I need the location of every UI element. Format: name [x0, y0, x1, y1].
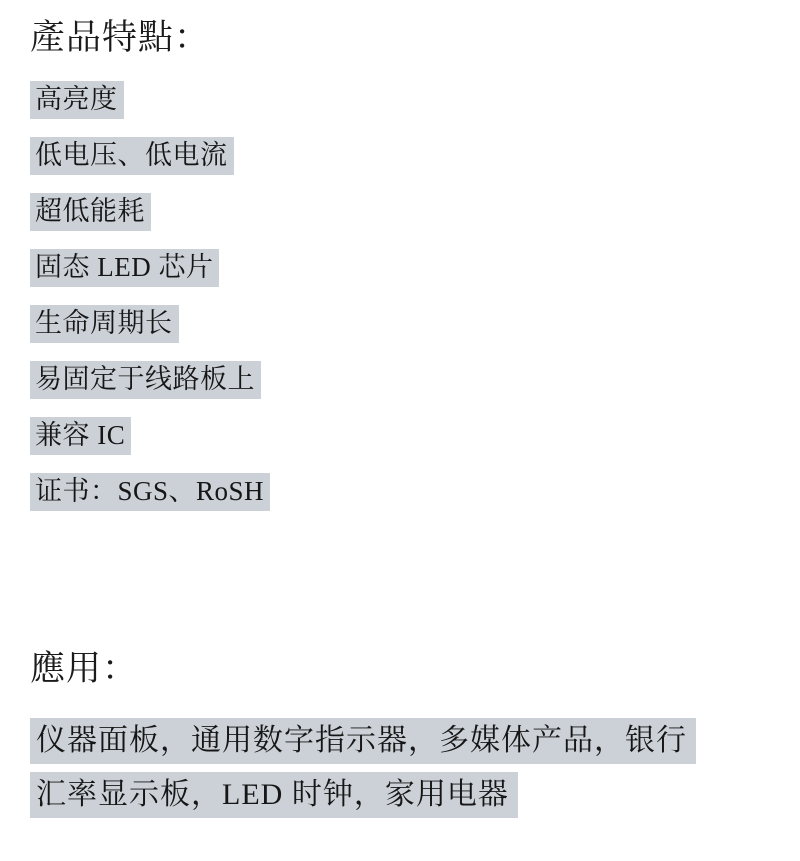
feature-item-highlight: 证书：SGS、RoSH: [30, 473, 270, 511]
feature-item-row: 证书：SGS、RoSH: [30, 473, 790, 511]
document-page: 產品特點： 高亮度 低电压、低电流 超低能耗 固态 LED 芯片 生命周期长 易…: [0, 0, 800, 861]
features-heading: 產品特點：: [30, 16, 790, 60]
feature-item-highlight: 生命周期长: [30, 305, 179, 343]
feature-item-row: 易固定于线路板上: [30, 361, 790, 399]
feature-item-row: 固态 LED 芯片: [30, 249, 790, 287]
feature-item-row: 超低能耗: [30, 193, 790, 231]
application-line-highlight: 汇率显示板，LED 时钟，家用电器: [30, 772, 518, 818]
feature-item-highlight: 低电压、低电流: [30, 137, 234, 175]
feature-item-highlight: 高亮度: [30, 81, 124, 119]
feature-item-highlight: 超低能耗: [30, 193, 151, 231]
application-line: 仪器面板，通用数字指示器，多媒体产品，银行: [30, 718, 790, 764]
feature-item-row: 高亮度: [30, 81, 790, 119]
applications-heading: 應用：: [30, 647, 790, 691]
feature-item-row: 兼容 IC: [30, 417, 790, 455]
application-line-highlight: 仪器面板，通用数字指示器，多媒体产品，银行: [30, 718, 696, 764]
feature-item-row: 低电压、低电流: [30, 137, 790, 175]
feature-item-highlight: 固态 LED 芯片: [30, 249, 219, 287]
application-line: 汇率显示板，LED 时钟，家用电器: [30, 772, 790, 818]
feature-item-row: 生命周期长: [30, 305, 790, 343]
features-list: 高亮度 低电压、低电流 超低能耗 固态 LED 芯片 生命周期长 易固定于线路板…: [30, 81, 790, 511]
feature-item-highlight: 兼容 IC: [30, 417, 131, 455]
applications-paragraph: 仪器面板，通用数字指示器，多媒体产品，银行 汇率显示板，LED 时钟，家用电器: [30, 718, 790, 818]
feature-item-highlight: 易固定于线路板上: [30, 361, 261, 399]
